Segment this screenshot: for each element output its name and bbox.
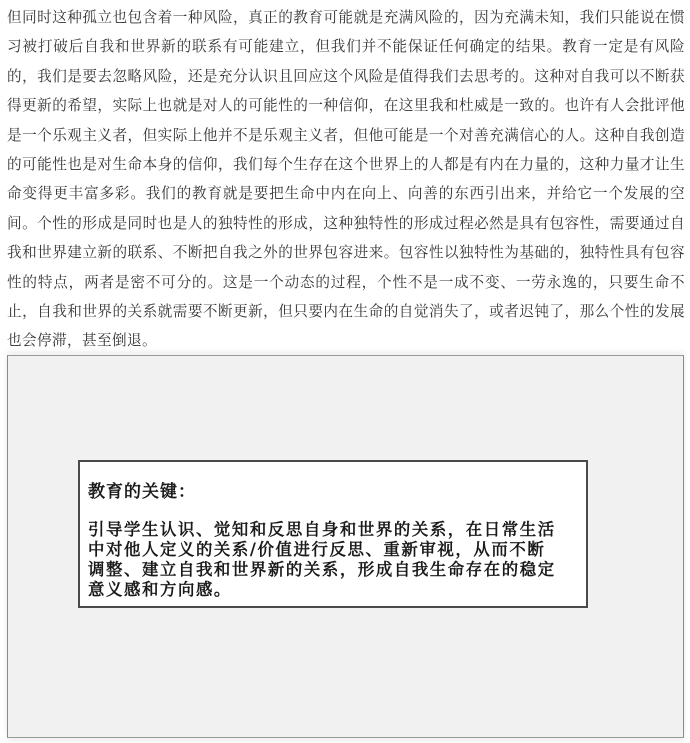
key-points-line: 引导学生认识、觉知和反思自身和世界的关系，在日常生活: [88, 520, 582, 540]
key-points-line: 意义感和方向感。: [88, 580, 582, 600]
key-points-line: 中对他人定义的关系/价值进行反思、重新审视，从而不断: [88, 540, 582, 560]
article-paragraph: 但同时这种孤立也包含着一种风险，真正的教育可能就是充满风险的，因为充满未知，我们…: [7, 3, 685, 356]
key-points-body: 引导学生认识、觉知和反思自身和世界的关系，在日常生活 中对他人定义的关系/价值进…: [88, 520, 582, 600]
key-points-box: 教育的关键： 引导学生认识、觉知和反思自身和世界的关系，在日常生活 中对他人定义…: [78, 460, 588, 608]
figure-image: 教育的关键： 引导学生认识、觉知和反思自身和世界的关系，在日常生活 中对他人定义…: [7, 355, 684, 738]
key-points-line: 调整、建立自我和世界新的关系，形成自我生命存在的稳定: [88, 560, 582, 580]
key-points-title: 教育的关键：: [88, 477, 196, 502]
